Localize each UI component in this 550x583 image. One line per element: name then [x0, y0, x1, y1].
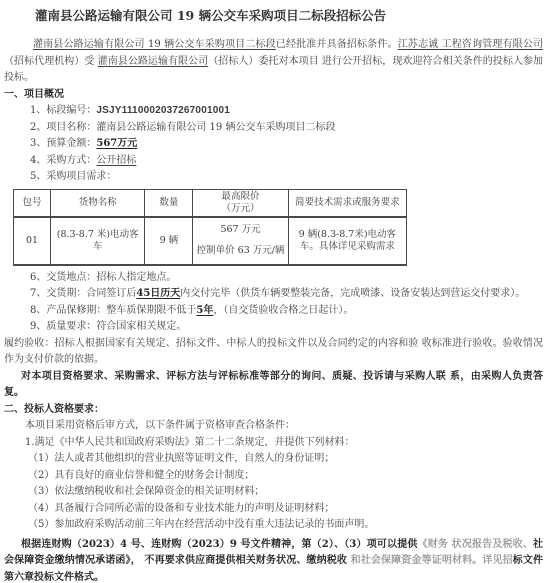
section-1-heading: 一、项目概况: [4, 87, 543, 104]
delivery-period-post: 内交付完毕（供货车辆要整装完备，完成喷漆、设备安装达到营运交付要求）。: [180, 288, 525, 299]
item-quality: 9、质量要求：符合国家相关规定。: [30, 319, 543, 336]
warranty-post: ，（自交货验收合格之日起计）。: [213, 305, 353, 316]
header-max-price-unit: （万元）: [222, 203, 260, 214]
warranty-pre: 8、产品保修期：整车质保期限不低于: [30, 305, 196, 316]
item-delivery-place: 6、交货地点：招标人指定地点。: [30, 270, 543, 287]
bid-number-label: 1、标段编号：: [30, 105, 96, 116]
budget-label: 3、预算金额：: [30, 138, 96, 149]
delivery-period-days: 45日历天: [136, 288, 180, 299]
contact-note-paragraph: 对本项目资格要求、采购需求、评标方法与评标标准等部分的询问、质疑、投诉请与采购人…: [4, 369, 543, 402]
demand-label: 5、采购项目需求：: [30, 171, 116, 182]
intro-text-1: 已经批准并具备招标条件。: [276, 39, 398, 50]
cell-requirement: 9 辆(8.3-8.7米)电动客车。具体详见采购需求: [288, 217, 406, 265]
section-2-heading: 二、投标人资格要求：: [4, 402, 543, 419]
procurement-requirements-table: 包号 货物名称 数量 最高限价（万元） 简要技术需求或服务要求 01 (8.3-…: [13, 189, 407, 266]
table-header-row: 包号 货物名称 数量 最高限价（万元） 简要技术需求或服务要求: [14, 189, 407, 217]
header-package-no: 包号: [14, 189, 51, 217]
cell-quantity: 9 辆: [145, 217, 193, 265]
unit-price-note: 控制单价 63 万元/辆: [195, 245, 285, 257]
cell-package-no: 01: [14, 217, 51, 265]
tenderee-name: 灌南县公路运输有限公司: [98, 56, 209, 67]
project-name-value: 灌南县公路运输有限公司 19 辆公交车采购项目二标段: [96, 122, 335, 133]
cell-max-price: 567 万元 控制单价 63 万元/辆: [193, 217, 288, 265]
qualification-item-4: （4）具备履行合同所必需的设备和专业技术能力的声明及证明材料；: [28, 501, 543, 518]
final-note-paragraph: 根据连财购（2023）4 号、连财购（2023）9 号文件精神，第（2）、（3）…: [4, 537, 543, 583]
item-delivery-period: 7、交货期：合同签订后45日历天内交付完毕（供货车辆要整装完备，完成喷漆、设备安…: [30, 286, 543, 303]
max-price-total: 567 万元: [195, 224, 285, 236]
item-project-name: 2、项目名称：灌南县公路运输有限公司 19 辆公交车采购项目二标段: [30, 120, 543, 137]
header-max-price-line1: 最高限价: [222, 191, 260, 202]
qualification-item-5: （5）参加政府采购活动前三年内在经营活动中没有重大违法记录的书面声明。: [28, 517, 543, 534]
page-title: 灌南县公路运输有限公司 19 辆公交车采购项目二标段招标公告: [35, 8, 543, 23]
intro-paragraph: 灌南县公路运输有限公司 19 辆公交车采购项目二标段已经批准并具备招标条件。江苏…: [4, 37, 543, 87]
item-procurement-method: 4、采购方式：公开招标: [30, 153, 543, 170]
item-procurement-demand: 5、采购项目需求：: [30, 169, 543, 186]
method-value: 公开招标: [96, 155, 136, 166]
item-budget: 3、预算金额：567万元: [30, 136, 543, 153]
project-name-label: 2、项目名称：: [30, 122, 96, 133]
budget-value: 567万元: [96, 138, 137, 149]
acceptance-paragraph: 履约验收：招标人根据国家有关规定、招标文件、中标人的投标文件以及合同约定的内容和…: [4, 336, 543, 369]
intro-text-2: （招标代理机构）受: [4, 56, 98, 67]
qualification-item-2: （2）具有良好的商业信誉和健全的财务会计制度；: [28, 468, 543, 485]
header-max-price: 最高限价（万元）: [193, 189, 288, 217]
item-bid-number: 1、标段编号：JSJY1110002037267001001: [30, 103, 543, 120]
final-note-seg-1: 根据连财购（2023）4 号、连财购（2023）9 号文件精神，第（2）、（3）…: [21, 539, 418, 550]
tender-project-name: 灌南县公路运输有限公司 19 辆公交车采购项目二标段: [33, 39, 276, 50]
delivery-period-pre: 7、交货期：合同签订后: [30, 288, 136, 299]
header-quantity: 数量: [145, 189, 193, 217]
qualification-item-3: （3）依法缴纳税收和社会保障资金的相关证明材料；: [28, 484, 543, 501]
final-note-seg-4: 和社会保障资金等证明材料。详见招: [351, 555, 513, 566]
cell-goods-name: (8.3-8.7 米)电动客车: [51, 217, 145, 265]
method-label: 4、采购方式：: [30, 155, 96, 166]
header-requirements: 简要技术需求或服务要求: [288, 189, 406, 217]
document-page: 灌南县公路运输有限公司 19 辆公交车采购项目二标段招标公告 灌南县公路运输有限…: [0, 0, 550, 583]
qualification-item-1: （1）法人或者其他组织的营业执照等证明文件，自然人的身份证明；: [28, 451, 543, 468]
table-row: 01 (8.3-8.7 米)电动客车 9 辆 567 万元 控制单价 63 万元…: [14, 217, 407, 265]
item-warranty: 8、产品保修期：整车质保期限不低于5年，（自交货验收合格之日起计）。: [30, 303, 543, 320]
tender-agency-name: 江苏志诚 工程咨询管理有限公司: [398, 39, 543, 50]
final-note-seg-2: 《财务 状况报告及税收、: [418, 539, 533, 550]
header-goods-name: 货物名称: [51, 189, 145, 217]
qualification-method: 本项目采用资格后审方式，以下条件属于资格审查合格条件：: [25, 418, 543, 435]
bid-number-value: JSJY1110002037267001001: [96, 105, 230, 116]
warranty-years: 5年: [196, 305, 213, 316]
law-requirement: 1.满足《中华人民共和国政府采购法》第二十二条规定，并提供下列材料：: [25, 435, 543, 452]
